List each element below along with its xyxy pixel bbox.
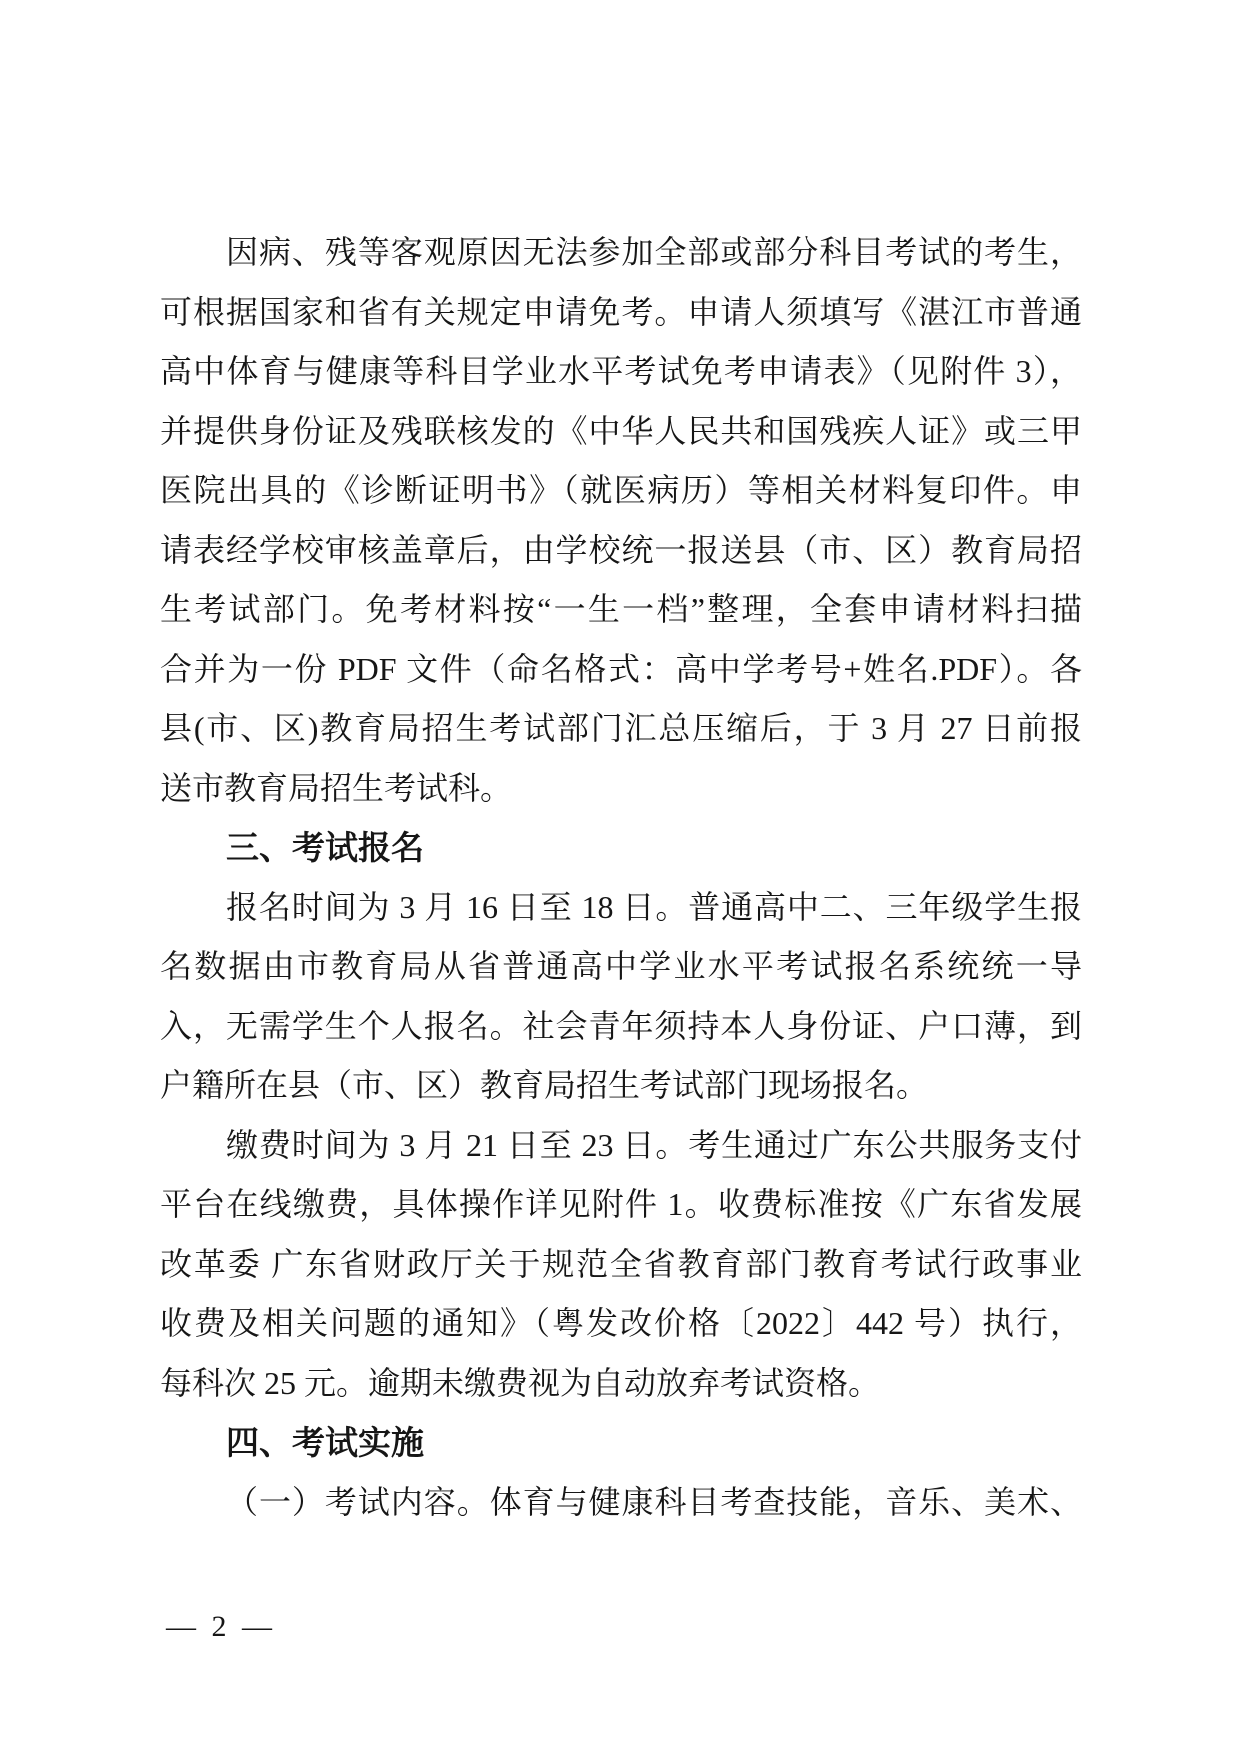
document-body: 因病、残等客观原因无法参加全部或部分科目考试的考生，可根据国家和省有关规定申请免… <box>160 223 1082 1532</box>
text-line: 户籍所在县（市、区）教育局招生考试部门现场报名。 <box>160 1056 1082 1116</box>
section-heading: 三、考试报名 <box>160 818 1082 878</box>
text-line: 因病、残等客观原因无法参加全部或部分科目考试的考生， <box>160 223 1082 283</box>
text-line: 医院出具的《诊断证明书》（就医病历）等相关材料复印件。申 <box>160 461 1082 521</box>
text-line: 送市教育局招生考试科。 <box>160 759 1082 819</box>
text-line: 改革委 广东省财政厅关于规范全省教育部门教育考试行政事业 <box>160 1235 1082 1295</box>
text-line: 请表经学校审核盖章后，由学校统一报送县（市、区）教育局招 <box>160 521 1082 581</box>
text-line: 并提供身份证及残联核发的《中华人民共和国残疾人证》或三甲 <box>160 402 1082 462</box>
text-line: 入，无需学生个人报名。社会青年须持本人身份证、户口薄，到 <box>160 997 1082 1057</box>
text-line: 生考试部门。免考材料按“一生一档”整理，全套申请材料扫描 <box>160 580 1082 640</box>
document-page: 因病、残等客观原因无法参加全部或部分科目考试的考生，可根据国家和省有关规定申请免… <box>0 0 1240 1754</box>
text-line: 缴费时间为 3 月 21 日至 23 日。考生通过广东公共服务支付 <box>160 1116 1082 1176</box>
text-line: 每科次 25 元。逾期未缴费视为自动放弃考试资格。 <box>160 1354 1082 1414</box>
text-line: 平台在线缴费，具体操作详见附件 1。收费标准按《广东省发展 <box>160 1175 1082 1235</box>
text-line: （一）考试内容。体育与健康科目考查技能，音乐、美术、 <box>160 1473 1082 1533</box>
text-line: 高中体育与健康等科目学业水平考试免考申请表》（见附件 3）， <box>160 342 1082 402</box>
text-line: 报名时间为 3 月 16 日至 18 日。普通高中二、三年级学生报 <box>160 878 1082 938</box>
text-line: 县(市、区)教育局招生考试部门汇总压缩后，于 3 月 27 日前报 <box>160 699 1082 759</box>
section-heading: 四、考试实施 <box>160 1413 1082 1473</box>
text-line: 合并为一份 PDF 文件（命名格式：高中学考号+姓名.PDF）。各 <box>160 640 1082 700</box>
text-line: 收费及相关问题的通知》（粤发改价格〔2022〕442 号）执行， <box>160 1294 1082 1354</box>
page-number: — 2 — <box>166 1610 276 1644</box>
text-line: 名数据由市教育局从省普通高中学业水平考试报名系统统一导 <box>160 937 1082 997</box>
text-line: 可根据国家和省有关规定申请免考。申请人须填写《湛江市普通 <box>160 283 1082 343</box>
